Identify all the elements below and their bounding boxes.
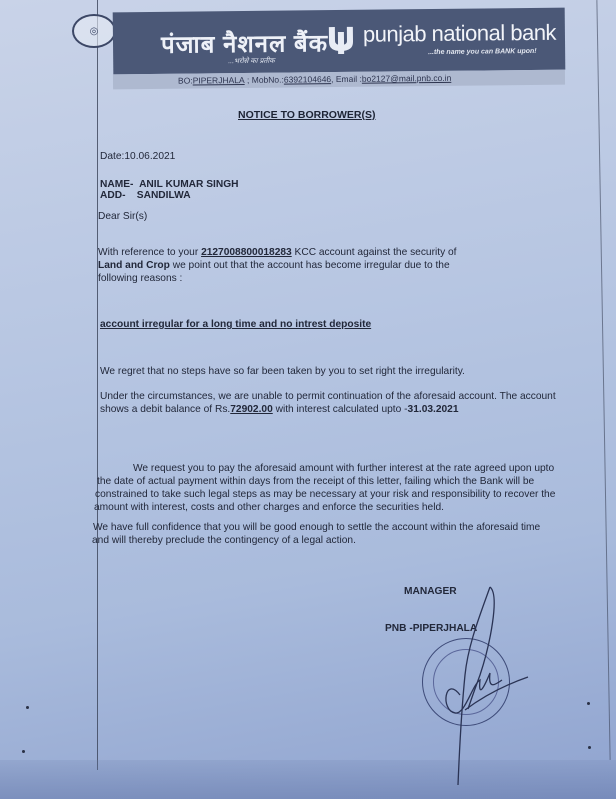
address-label: ADD- [100, 190, 125, 201]
speck [22, 750, 25, 753]
para1-pre: With reference to your [98, 247, 201, 258]
speck [588, 746, 591, 749]
notice-title: NOTICE TO BORROWER(S) [238, 109, 375, 121]
para4-line3: constrained to take such legal steps as … [95, 488, 555, 501]
speck [26, 706, 29, 709]
mobile-label: MobNo.: [252, 75, 284, 85]
borrower-address-line: ADD- SANDILWA [100, 189, 191, 202]
para3-line2: shows a debit balance of Rs.72902.00 wit… [100, 403, 459, 416]
para1-line1: With reference to your 2127008800018283 … [98, 246, 457, 259]
para1-post: KCC account against the security of [292, 247, 457, 258]
english-tagline: ...the name you can BANK upon! [428, 48, 537, 56]
para1-line3: following reasons : [98, 272, 182, 285]
email-address: bo2127@mail.pnb.co.in [362, 73, 452, 84]
date-label: Date: [100, 151, 124, 162]
account-number: 2127008800018283 [201, 247, 292, 258]
branch-label: BO: [178, 76, 193, 86]
para3-post: with interest calculated upto - [273, 404, 408, 415]
para2: We regret that no steps have so far been… [100, 365, 465, 378]
para4-line1: We request you to pay the aforesaid amou… [133, 462, 554, 475]
security-type: Land and Crop [98, 260, 170, 271]
para3-line1: Under the circumstances, we are unable t… [100, 390, 556, 403]
bank-name-hindi: पंजाब नैशनल बैंक [161, 26, 328, 61]
paper-fold-line-left [97, 0, 98, 770]
debit-balance: 72902.00 [230, 404, 273, 415]
para4-line4: amount with interest, costs and other ch… [94, 501, 444, 514]
para3-pre: shows a debit balance of Rs. [100, 404, 230, 415]
interest-date: 31.03.2021 [408, 404, 459, 415]
email-label: Email : [336, 74, 362, 84]
date-line: Date:10.06.2021 [100, 150, 175, 163]
para1-line2-text: we point out that the account has become… [170, 260, 450, 271]
mobile-number: 6392104646 [284, 74, 331, 84]
para4-line2: the date of actual payment within days f… [97, 475, 534, 488]
paper-fold-line-right [596, 0, 610, 760]
hindi-tagline: ...भरोसे का प्रतीक [228, 57, 274, 66]
para5-line1: We have full confidence that you will be… [93, 521, 540, 534]
irregularity-reason: account irregular for a long time and no… [100, 318, 371, 331]
letterhead-banner: पंजाब नैशनल बैंक ...भरोसे का प्रतीक punj… [113, 8, 566, 75]
para5-line2: and will thereby preclude the contingenc… [92, 534, 356, 547]
bank-name-english: punjab national bank [363, 20, 556, 48]
round-seal-icon: ◎ [72, 14, 116, 48]
borrower-address: SANDILWA [137, 190, 191, 201]
manager-signature [410, 585, 540, 785]
branch-name: PIPERJHALA [193, 75, 245, 86]
para1-line2: Land and Crop we point out that the acco… [98, 259, 450, 272]
pnb-logo-icon [326, 24, 356, 54]
speck [587, 702, 590, 705]
salutation: Dear Sir(s) [98, 210, 147, 223]
notice-date: 10.06.2021 [124, 151, 175, 162]
